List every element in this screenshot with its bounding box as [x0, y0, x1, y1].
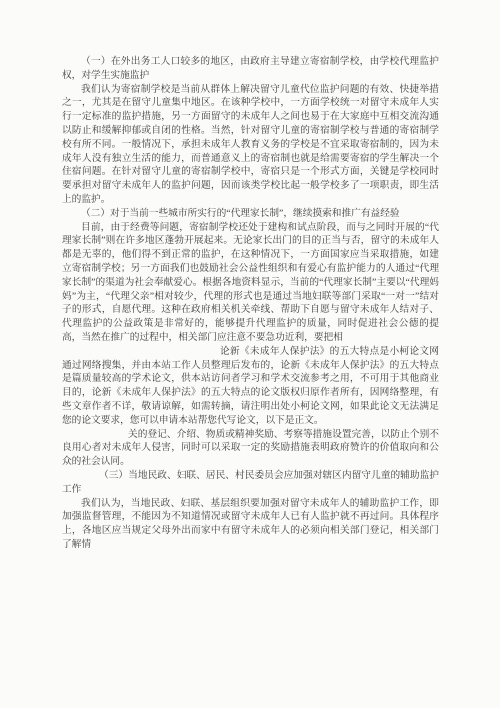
document-page: （一）在外出务工人口较多的地区，由政府主导建立寄宿制学校，由学校代理监护权，对学…	[0, 0, 500, 708]
essay-text-block: （一）在外出务工人口较多的地区，由政府主导建立寄宿制学校，由学校代理监护权，对学…	[62, 55, 439, 552]
section-2-body: 目前，由于经费等问题，寄宿制学校还处于建构和试点阶段，而与之同时开展的“代理家长…	[62, 221, 439, 345]
site-boilerplate-paragraph: 论新《未成年人保护法》的五大特点是小柯论文网通过网络搜集，并由本站工作人员整理后…	[62, 345, 439, 428]
section-1-heading: （一）在外出务工人口较多的地区，由政府主导建立寄宿制学校，由学校代理监护权，对学…	[62, 55, 439, 83]
section-1-body: 我们认为寄宿制学校是当前从群体上解决留守儿童代位监护问题的有效、快捷举措之一，尤…	[62, 83, 439, 207]
section-2-body-continued: 关的登记、介绍、物质或精神奖励、考察等措施设置完善，以防止个别不良用心者对未成年…	[62, 428, 439, 469]
section-3-heading: （三）当地民政、妇联、居民、村民委员会应加强对辖区内留守儿童的辅助监护工作	[62, 469, 439, 497]
section-3-body: 我们认为，当地民政、妇联、基层组织要加强对留守未成年人的辅助监护工作，即加强监督…	[62, 497, 439, 552]
section-2-heading: （二）对于当前一些城市所实行的“代理家长制”，继续摸索和推广有益经验	[62, 207, 439, 221]
